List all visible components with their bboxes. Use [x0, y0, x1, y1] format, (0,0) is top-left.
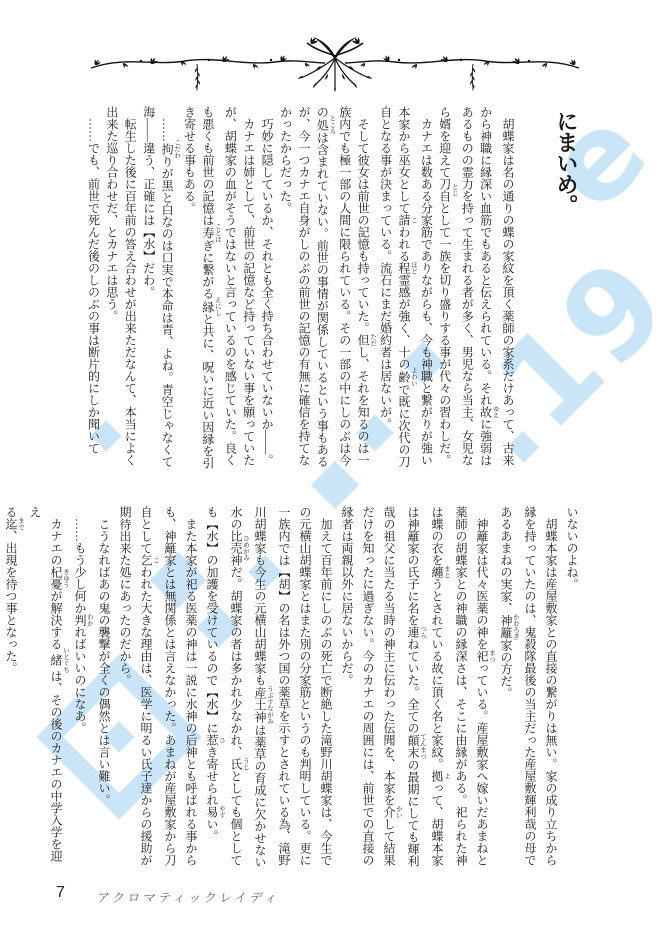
text-column: も【水】の加護を受けているので【水】に惹ひき寄せられ易やすい。	[201, 506, 225, 870]
text-column: 一族内では【胡】の名は外つ国の薬草を示すとされている為、滝野	[273, 506, 294, 870]
text-column: 水の比売神ひめがみだ。胡蝶家の者は多かれ少なかれ、氏うじとしても個として	[225, 506, 249, 870]
text-column: から神職に縁深い血筋でもあると伝えられている。それ故ゆえに強弱は	[476, 106, 498, 470]
top-text-band: 胡蝶家は名の通りの蝶の家紋を頂く薬師の家系だけあって、古来から神職に縁深い血筋で…	[84, 106, 517, 470]
text-column: 転生した後に百年前の答え合わせが出来ただなんて、本当によく	[121, 106, 139, 470]
text-column: 巧妙に隠しているか、それとも全く持ち合わせていないか――。	[258, 106, 276, 470]
text-column: が、今一つカナエ自身がしのぶの前世の記憶の有無に確信を持てな	[295, 106, 313, 470]
text-column: かったからだった。	[276, 106, 294, 470]
text-column: カナエの杞憂きゆうが解決する緒いとぐちは、その後のカナエの中学入学を迎え	[24, 506, 69, 870]
text-column: る迄まで、出現を待つ事となった。	[0, 506, 24, 870]
text-column: 出来た巡り合わせだ、とカナエは思う。	[102, 106, 120, 470]
text-column: ……拘こだわりが黒と白なのは口実で本命は青、よね。青空じゃなくて	[158, 106, 180, 470]
text-column: 薬師の胡蝶家との神職の縁深さは、そこに由縁がある。祀られた神	[450, 506, 471, 870]
text-column: あるあまねの実家、神籬かむろぎ家の方だ。	[495, 506, 519, 870]
text-column: の元横山胡蝶家とはまた別の分家筋というのも判明している。更に	[294, 506, 315, 870]
text-column: 哉の祖父に当たる当時の神主に伝わった伝聞を、本家を介かいして結果	[378, 506, 402, 870]
text-column: カナエは数ある分家筋でありながらも、今も神職と繋がりが強い	[417, 106, 435, 470]
text-column: いないのよね。	[561, 506, 582, 870]
text-column: 本家から巫女として請こわれる程ほど霊感が強く、十の齢よわいで既に次代の刀	[395, 106, 417, 470]
text-column: 自となる事が決まっている。流石にまだ婚約者は居ないが。	[376, 106, 394, 470]
text-column: 胡蝶本家は産屋敷家との直接の繋がりは無い。家の成り立ちから	[540, 506, 561, 870]
text-column: だけを知ったに過ぎない。今のカナエの周囲には、前世での直接の	[357, 506, 378, 870]
text-column: 縁を持っていたのは、鬼殺隊最後の当主だった産屋敷輝利哉の母で	[519, 506, 540, 870]
text-column: 縁者は両親以外に居ないからだ。	[336, 506, 357, 870]
text-column: の処ところは含まれていない。前世の事情が関係しているという事もある	[313, 106, 335, 470]
text-column: カナエは姉として、前世の記憶など持っていない事を願っていた	[239, 106, 257, 470]
book-page: e .19	[0, 0, 670, 940]
text-column: 期待出来た処にあったのだから。	[114, 506, 135, 870]
text-column: き寄せる事もある。	[180, 106, 198, 470]
watermark-glyph-e: e	[526, 89, 666, 229]
text-column: 川胡蝶家も今生の元横山胡蝶家も産土神うぶすながみは薬草の育成に欠かせない	[249, 506, 273, 870]
text-column: 胡蝶家は名の通りの蝶の家紋を頂く薬師の家系だけあって、古来	[499, 106, 517, 470]
text-column: も、神籬家とは無関係とは言えなかった。あまねが産屋敷家から刀	[159, 506, 180, 870]
text-column: 自として乞こわれた大きな理由は、医学に明るい氏子達からの援助が	[135, 506, 159, 870]
floral-divider-ornament	[85, 30, 585, 92]
text-column: 海――違う、正確には【水】だわ。	[139, 106, 157, 470]
bottom-text-band: いないのよね。 胡蝶本家は産屋敷家との直接の繋がりは無い。家の成り立ちから縁を持…	[0, 506, 582, 870]
page-number: 7	[56, 884, 65, 902]
text-column: ……もう少し何か判わかればいいのになあ。	[69, 506, 93, 870]
text-column: 加えて百年前にしのぶの死亡で断絶した滝野川胡蝶家は、今生で	[315, 506, 336, 870]
text-column: 神籬家は代々医薬の神を祀まつっている。産屋敷家へ嫁いだあまねと	[471, 506, 495, 870]
page-title: にまいめ。	[551, 110, 582, 215]
text-column: また本家が祀る医薬の神は一説に水神の后神とも呼ばれる事から	[180, 506, 201, 870]
text-column: そして彼女は前世の記憶も持っていた。但ただし、それを知るのは一	[354, 106, 376, 470]
footer-series-title: アクロマティックレイディ	[96, 887, 281, 905]
text-column: こうなればあの鬼の襲撃が全くの偶然とは言い難い。	[93, 506, 114, 870]
text-column: ら婿を迎えて刀自とじとして一族を切り盛りする事が代々の習わしだ。	[435, 106, 457, 470]
text-column: は蝶の衣を纏まとうとされている故に頂く名と家紋。拠よって、胡蝶本家	[426, 506, 450, 870]
text-column: あるものの霊力を持って生まれる者が多く、男児なら当主、女児な	[458, 106, 476, 470]
text-column: は神籬家の氏子に名を連つらねていた。全ての顛末てんまつの最期にしても輝利	[402, 506, 426, 870]
text-column: 族内でも極一部の人間に限られている。その一部の中にしのぶは今	[335, 106, 353, 470]
text-column: ……でも、前世で死んだ後のしのぶの事は断片的にしか聞いて	[84, 106, 102, 470]
text-column: も悪くも前世の記憶は寿ことほぎに繋がる縁えにしと共に、呪いに近い因縁を引	[199, 106, 221, 470]
text-column: が、胡蝶家の血がそうではないと言っているのを感じていた。良く	[221, 106, 239, 470]
